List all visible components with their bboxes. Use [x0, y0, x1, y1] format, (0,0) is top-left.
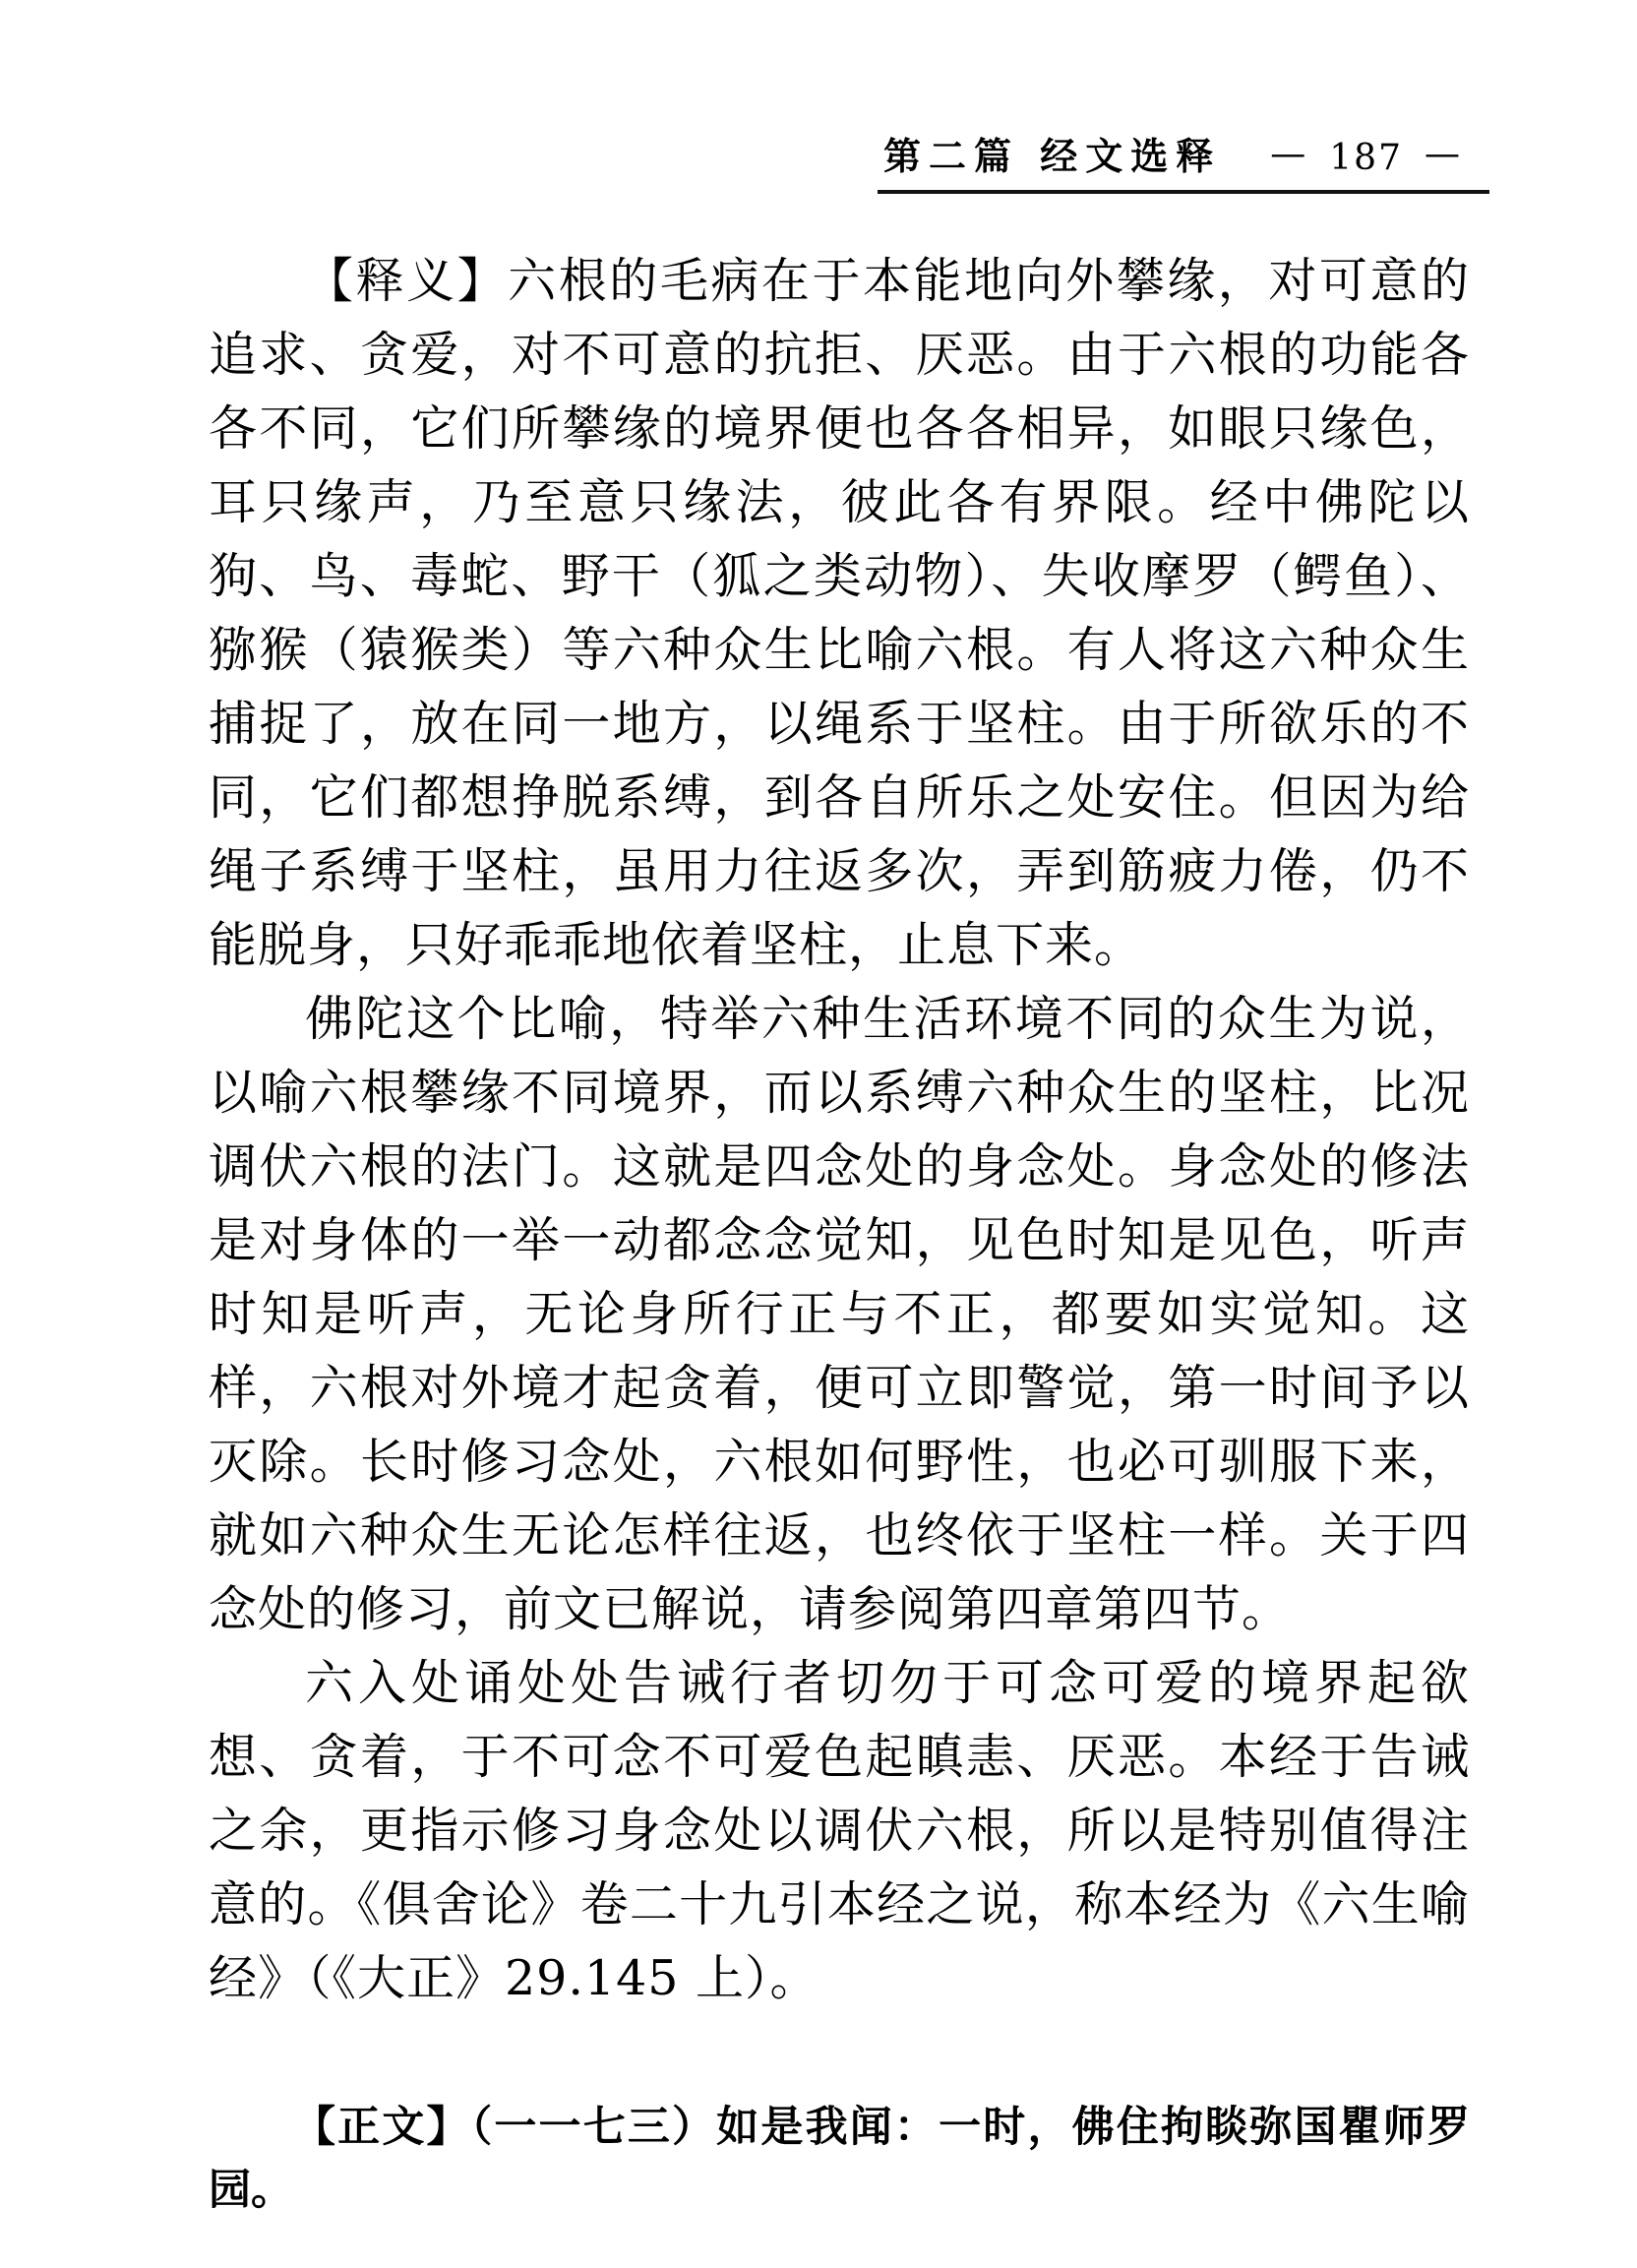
- page-number-group: —187—: [1248, 138, 1484, 178]
- page-number-dash-right: —: [1425, 134, 1462, 174]
- paragraph-simile: 佛陀这个比喻，特举六种生活环境不同的众生为说，以喻六根攀缘不同境界，而以系缚六种…: [209, 982, 1470, 1646]
- page-header: 第二篇 经文选释—187—: [0, 126, 1489, 194]
- page-number: 187: [1329, 138, 1403, 178]
- paragraph-zhengwen: 【正文】（一一七三）如是我闻：一时，佛住拘睒弥国瞿师罗园。: [209, 2096, 1470, 2222]
- running-head: 第二篇 经文选释—187—: [878, 126, 1489, 194]
- section-title: 第二篇 经文选释: [883, 135, 1221, 178]
- book-page: 第二篇 经文选释—187— 【释义】六根的毛病在于本能地向外攀缘，对可意的追求、…: [0, 0, 1637, 2268]
- body-text-block: 【释义】六根的毛病在于本能地向外攀缘，对可意的追求、贪爱，对不可意的抗拒、厌恶。…: [209, 244, 1470, 2222]
- page-number-dash-left: —: [1270, 134, 1307, 174]
- paragraph-shiyi: 【释义】六根的毛病在于本能地向外攀缘，对可意的追求、贪爱，对不可意的抗拒、厌恶。…: [209, 244, 1470, 982]
- paragraph-conclusion: 六入处诵处处告诫行者切勿于可念可爱的境界起欲想、贪着，于不可念不可爱色起瞋恚、厌…: [209, 1646, 1470, 2015]
